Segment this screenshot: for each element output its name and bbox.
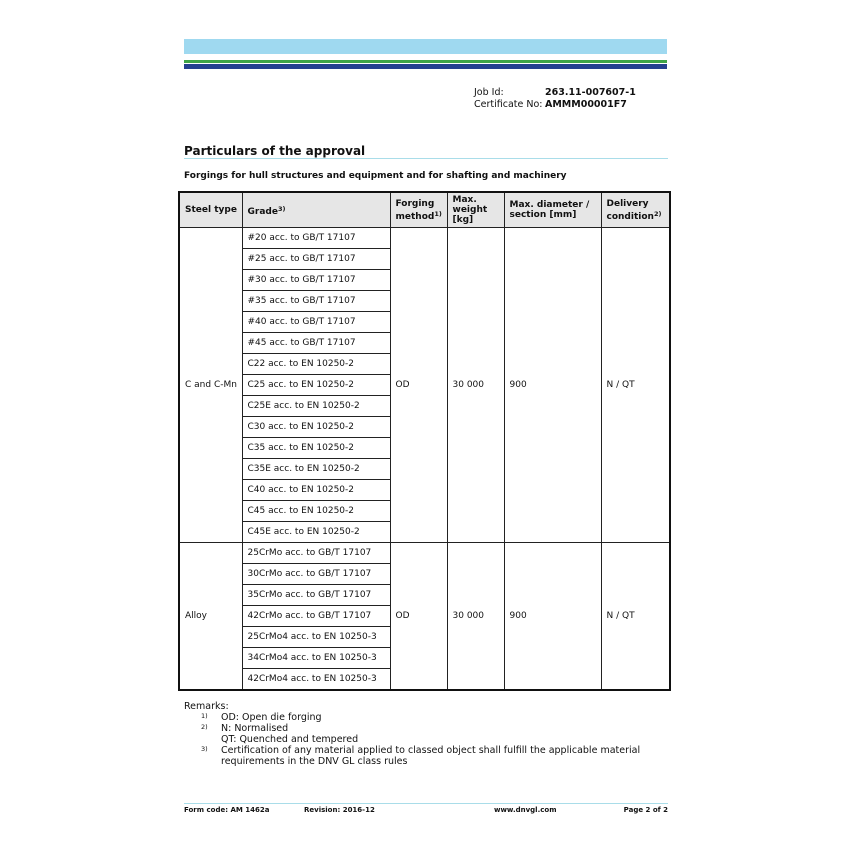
grade-cell: 42CrMo4 acc. to EN 10250-3 [242,669,390,691]
header-band-light [184,39,667,54]
delivery-condition-cell: N / QT [601,228,670,543]
remark-number: 2) [184,723,221,734]
col-max-weight: Max. weight [kg] [447,192,504,228]
certificate-no-value: AMMM00001F7 [545,99,627,111]
grade-cell: #35 acc. to GB/T 17107 [242,291,390,312]
section-subtitle: Forgings for hull structures and equipme… [184,171,567,181]
grade-cell: C40 acc. to EN 10250-2 [242,480,390,501]
grade-cell: 25CrMo acc. to GB/T 17107 [242,543,390,564]
grade-cell: 30CrMo acc. to GB/T 17107 [242,564,390,585]
header-band-navy [184,64,667,69]
footer-website: www.dnvgl.com [494,806,557,814]
grade-cell: 34CrMo4 acc. to EN 10250-3 [242,648,390,669]
col-grade: Grade3) [242,192,390,228]
grade-cell: 25CrMo4 acc. to EN 10250-3 [242,627,390,648]
certificate-meta: Job Id: 263.11-007607-1 Certificate No: … [474,87,636,110]
certificate-no-label: Certificate No: [474,99,545,111]
approval-table: Steel type Grade3) Forging method1) Max.… [178,191,671,691]
grade-cell: C45E acc. to EN 10250-2 [242,522,390,543]
remarks: Remarks: 1)OD: Open die forging2)N: Norm… [184,701,651,767]
footer-divider [184,803,668,804]
remarks-title: Remarks: [184,701,651,712]
max-diameter-cell: 900 [504,228,601,543]
steel-type-cell: C and C-Mn [179,228,242,543]
remark-number [184,734,221,745]
col-steel-type: Steel type [179,192,242,228]
max-diameter-cell: 900 [504,543,601,691]
remark-number: 3) [184,745,221,767]
header-band-green [184,60,667,63]
job-id-value: 263.11-007607-1 [545,87,636,99]
col-delivery-condition: Delivery condition2) [601,192,670,228]
section-divider [184,158,668,159]
table-body: C and C-Mn#20 acc. to GB/T 17107OD30 000… [179,228,670,691]
grade-cell: C22 acc. to EN 10250-2 [242,354,390,375]
remark-item: QT: Quenched and tempered [184,734,651,745]
remark-text: OD: Open die forging [221,712,651,723]
forging-method-cell: OD [390,228,447,543]
grade-cell: #20 acc. to GB/T 17107 [242,228,390,249]
remark-text: Certification of any material applied to… [221,745,651,767]
remark-text: N: Normalised [221,723,651,734]
remark-text: QT: Quenched and tempered [221,734,651,745]
delivery-condition-cell: N / QT [601,543,670,691]
job-id-label: Job Id: [474,87,545,99]
grade-cell: #25 acc. to GB/T 17107 [242,249,390,270]
col-max-diameter: Max. diameter / section [mm] [504,192,601,228]
forging-method-cell: OD [390,543,447,691]
grade-cell: C45 acc. to EN 10250-2 [242,501,390,522]
grade-cell: #45 acc. to GB/T 17107 [242,333,390,354]
grade-cell: 42CrMo acc. to GB/T 17107 [242,606,390,627]
col-forging-method: Forging method1) [390,192,447,228]
grade-cell: 35CrMo acc. to GB/T 17107 [242,585,390,606]
table-row: C and C-Mn#20 acc. to GB/T 17107OD30 000… [179,228,670,249]
remark-item: 3)Certification of any material applied … [184,745,651,767]
grade-cell: #40 acc. to GB/T 17107 [242,312,390,333]
grade-cell: C30 acc. to EN 10250-2 [242,417,390,438]
grade-cell: C35E acc. to EN 10250-2 [242,459,390,480]
max-weight-cell: 30 000 [447,543,504,691]
table-row: Alloy25CrMo acc. to GB/T 17107OD30 00090… [179,543,670,564]
grade-cell: C35 acc. to EN 10250-2 [242,438,390,459]
steel-type-cell: Alloy [179,543,242,691]
section-title: Particulars of the approval [184,144,365,158]
max-weight-cell: 30 000 [447,228,504,543]
remark-number: 1) [184,712,221,723]
remark-item: 2)N: Normalised [184,723,651,734]
grade-cell: C25E acc. to EN 10250-2 [242,396,390,417]
remarks-list: 1)OD: Open die forging2)N: NormalisedQT:… [184,712,651,767]
grade-cell: #30 acc. to GB/T 17107 [242,270,390,291]
footer-revision: Revision: 2016-12 [304,806,375,814]
remark-item: 1)OD: Open die forging [184,712,651,723]
footer-page: Page 2 of 2 [624,806,668,814]
footer-form-code: Form code: AM 1462a [184,806,269,814]
grade-cell: C25 acc. to EN 10250-2 [242,375,390,396]
table-header-row: Steel type Grade3) Forging method1) Max.… [179,192,670,228]
